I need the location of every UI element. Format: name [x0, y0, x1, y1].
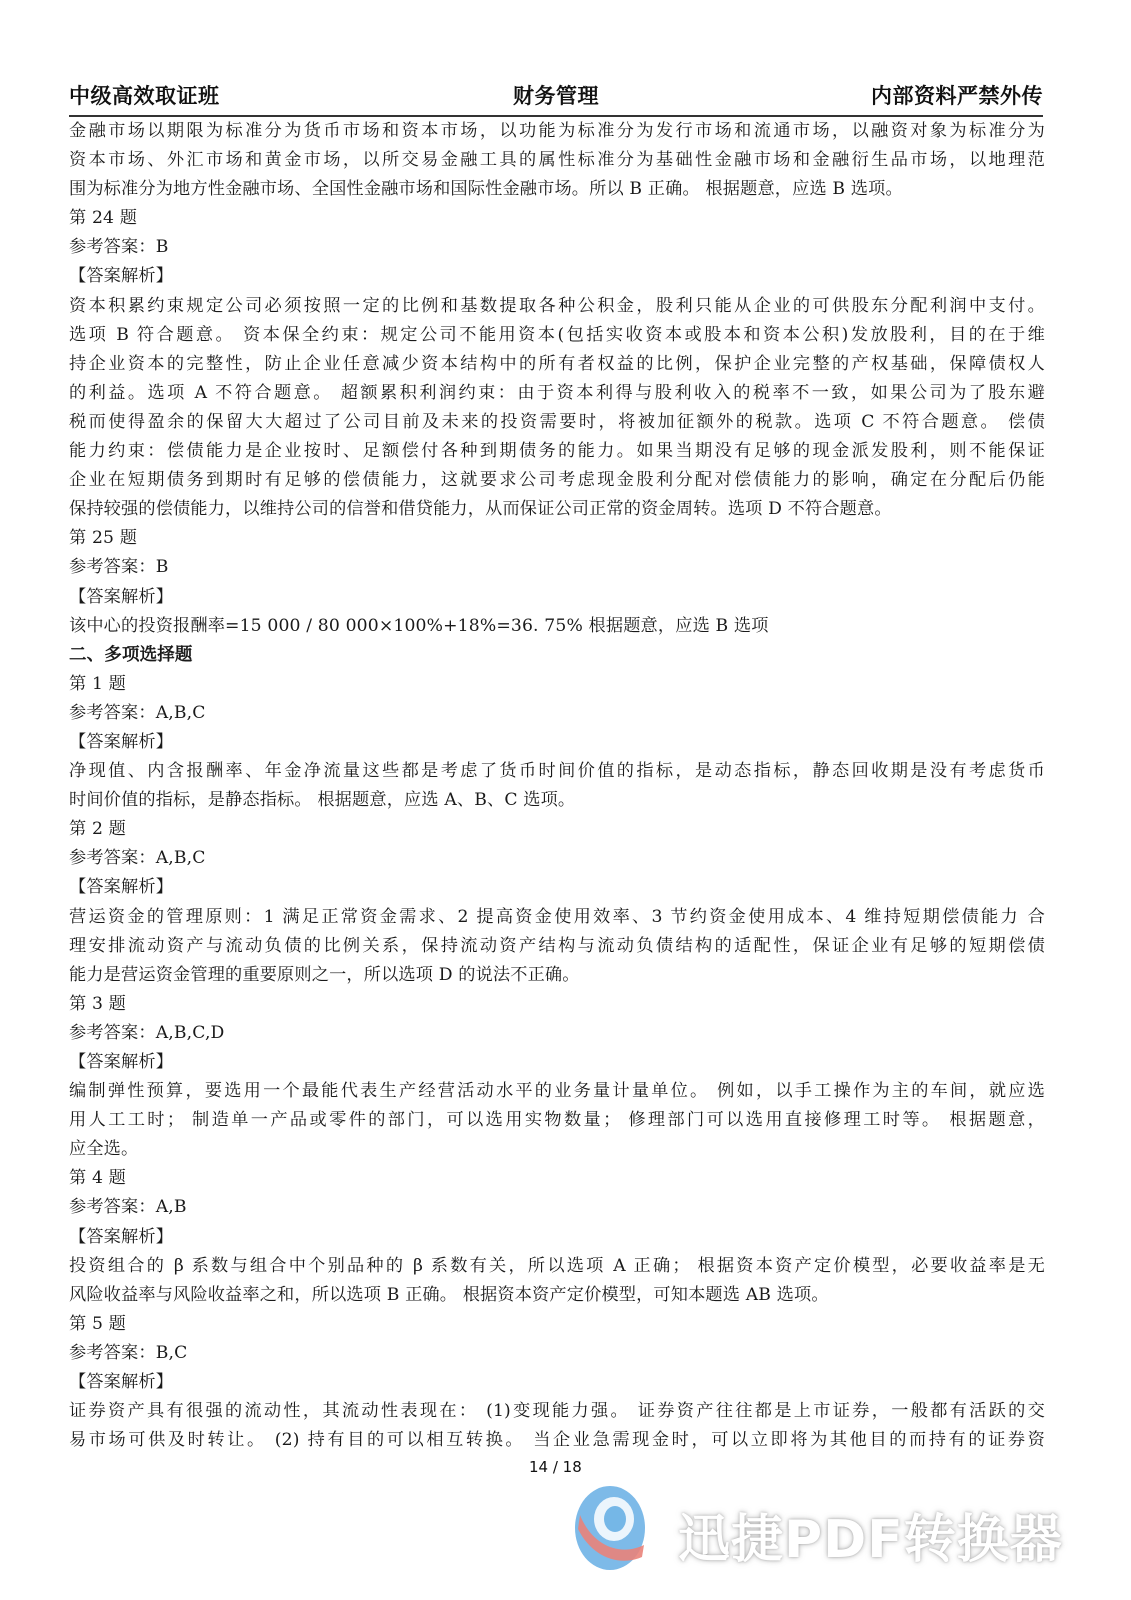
body-text-line: 税而使得盈余的保留大大超过了公司目前及未来的投资需要时，将被加征额外的税款。选项… [69, 408, 1045, 437]
reference-answer: 参考答案：B,C [69, 1339, 1045, 1368]
document-body: 金融市场以期限为标准分为货币市场和资本市场，以功能为标准分为发行市场和流通市场，… [69, 117, 1045, 1455]
body-text-line: 资本市场、外汇市场和黄金市场，以所交易金融工具的属性标准分为基础性金融市场和金融… [69, 146, 1045, 175]
body-text-line: 金融市场以期限为标准分为货币市场和资本市场，以功能为标准分为发行市场和流通市场，… [69, 117, 1045, 146]
answer-analysis-label: 【答案解析】 [69, 873, 1045, 902]
body-text-line: 证券资产具有很强的流动性，其流动性表现在： (1)变现能力强。 证券资产往往都是… [69, 1397, 1045, 1426]
pdf-converter-logo-icon [574, 1485, 646, 1571]
body-text-line: 用人工工时； 制造单一产品或零件的部门，可以选用实物数量； 修理部门可以选用直接… [69, 1106, 1045, 1135]
answer-analysis-label: 【答案解析】 [69, 1048, 1045, 1077]
body-text-line: 持企业资本的完整性，防止企业任意减少资本结构中的所有者权益的比例，保护企业完整的… [69, 350, 1045, 379]
reference-answer: 参考答案：B [69, 553, 1045, 582]
body-text-line: 营运资金的管理原则：1 满足正常资金需求、2 提高资金使用效率、3 节约资金使用… [69, 903, 1045, 932]
header-confidential-notice: 内部资料严禁外传 [871, 80, 1043, 110]
question-number: 第 3 题 [69, 990, 1045, 1019]
answer-analysis-label: 【答案解析】 [69, 728, 1045, 757]
body-text-line: 选项 B 符合题意。 资本保全约束：规定公司不能用资本(包括实收资本或股本和资本… [69, 321, 1045, 350]
body-text-line: 易市场可供及时转让。 (2) 持有目的可以相互转换。 当企业急需现金时，可以立即… [69, 1426, 1045, 1455]
body-text-line: 时间价值的指标，是静态指标。 根据题意，应选 A、B、C 选项。 [69, 786, 1045, 815]
body-text-line: 净现值、内含报酬率、年金净流量这些都是考虑了货币时间价值的指标，是动态指标，静态… [69, 757, 1045, 786]
body-text-line: 企业在短期债务到期时有足够的偿债能力，这就要求公司考虑现金股利分配对偿债能力的影… [69, 466, 1045, 495]
body-text-line: 围为标准分为地方性金融市场、全国性金融市场和国际性金融市场。所以 B 正确。 根… [69, 175, 1045, 204]
watermark: 迅捷PDF转换器 [570, 1485, 1090, 1585]
body-text-line: 能力约束：偿债能力是企业按时、足额偿付各种到期债务的能力。如果当期没有足够的现金… [69, 437, 1045, 466]
body-text-line: 能力是营运资金管理的重要原则之一，所以选项 D 的说法不正确。 [69, 961, 1045, 990]
reference-answer: 参考答案：A,B [69, 1193, 1045, 1222]
reference-answer: 参考答案：A,B,C,D [69, 1019, 1045, 1048]
body-text-line: 投资组合的 β 系数与组合中个别品种的 β 系数有关，所以选项 A 正确； 根据… [69, 1252, 1045, 1281]
watermark-text: 迅捷PDF转换器 [678, 1497, 1063, 1572]
question-number: 第 24 题 [69, 204, 1045, 233]
body-text-line: 应全选。 [69, 1135, 1045, 1164]
document-page: 中级高效取证班 财务管理 内部资料严禁外传 金融市场以期限为标准分为货币市场和资… [0, 0, 1131, 1600]
question-number: 第 25 题 [69, 524, 1045, 553]
body-text-line: 理安排流动资产与流动负债的比例关系，保持流动资产结构与流动负债结构的适配性，保证… [69, 932, 1045, 961]
reference-answer: 参考答案：B [69, 233, 1045, 262]
answer-analysis-label: 【答案解析】 [69, 262, 1045, 291]
answer-analysis-label: 【答案解析】 [69, 1223, 1045, 1252]
question-number: 第 4 题 [69, 1164, 1045, 1193]
section-heading: 二、多项选择题 [69, 641, 1045, 670]
question-number: 第 2 题 [69, 815, 1045, 844]
page-header: 中级高效取证班 财务管理 内部资料严禁外传 [69, 80, 1043, 116]
body-text-line: 风险收益率与风险收益率之和，所以选项 B 正确。 根据资本资产定价模型，可知本题… [69, 1281, 1045, 1310]
body-text-line: 的利益。选项 A 不符合题意。 超额累积利润约束：由于资本利得与股利收入的税率不… [69, 379, 1045, 408]
header-subject: 财务管理 [513, 80, 599, 110]
body-text-line: 资本积累约束规定公司必须按照一定的比例和基数提取各种公积金，股利只能从企业的可供… [69, 292, 1045, 321]
answer-analysis-label: 【答案解析】 [69, 583, 1045, 612]
header-course-title: 中级高效取证班 [69, 80, 220, 110]
page-number: 14 / 18 [529, 1458, 582, 1476]
reference-answer: 参考答案：A,B,C [69, 699, 1045, 728]
question-number: 第 5 题 [69, 1310, 1045, 1339]
body-text-line: 该中心的投资报酬率=15 000 / 80 000×100%+18%=36. 7… [69, 612, 1045, 641]
body-text-line: 保持较强的偿债能力，以维持公司的信誉和借贷能力，从而保证公司正常的资金周转。选项… [69, 495, 1045, 524]
question-number: 第 1 题 [69, 670, 1045, 699]
body-text-line: 编制弹性预算，要选用一个最能代表生产经营活动水平的业务量计量单位。 例如，以手工… [69, 1077, 1045, 1106]
answer-analysis-label: 【答案解析】 [69, 1368, 1045, 1397]
reference-answer: 参考答案：A,B,C [69, 844, 1045, 873]
